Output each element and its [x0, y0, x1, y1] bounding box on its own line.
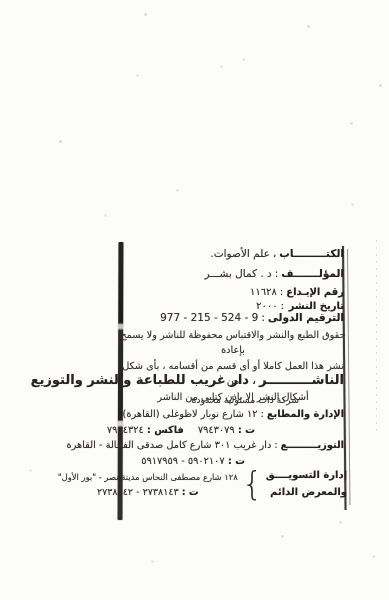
fax-label: فاكس :	[147, 425, 184, 436]
author-value: د . كمال بشـــر	[204, 268, 271, 280]
publisher-row: الناشــــــــــر،دار غريب للطباعة والنشر…	[31, 372, 344, 389]
book-title-value: علم الأصوات.	[210, 248, 269, 260]
author-label: المؤلـــــــف	[281, 268, 344, 281]
isbn-row: الترقيم الدولى:9 - 524 - 215 - 977	[160, 312, 344, 325]
scan-dotted-artifact	[376, 240, 377, 436]
distribution-address-row: التوزيـــــــــع:دار غريب ٣٠١ شارع كامل …	[66, 439, 344, 452]
publisher-value: دار غريب للطباعة والنشر والتوزيع	[31, 373, 249, 388]
scan-noise-specks	[0, 0, 1, 1]
admin-label: الإدارة والمطابع	[267, 409, 344, 420]
admin-address-row: الإدارة والمطابع:١٢ شارع نوبار لاظوغلى (…	[123, 408, 344, 421]
deposit-value: ١١٦٢٨	[250, 287, 277, 298]
scanned-book-copyright-page: الكتـــــــــاب،علم الأصوات. المؤلــــــ…	[0, 0, 389, 600]
publisher-label: الناشــــــــــر	[259, 373, 344, 388]
marketing-department-block: إدارة التسويــــق والمعرض الدائم { ١٢٨ ش…	[58, 467, 347, 501]
page-edge-line-right-inner	[347, 249, 350, 505]
copyright-line-1: حقوق الطبع والنشر والاقتباس محفوظة للناش…	[119, 328, 347, 359]
marketing-label-line1: إدارة التسويــــق	[266, 467, 347, 484]
marketing-phone-numbers: ٢٧٣٨١٤٣ - ٢٧٣٨١٤٢	[97, 487, 179, 498]
marketing-phones-row: ت : ٢٧٣٨١٤٣ - ٢٧٣٨١٤٢	[58, 487, 238, 498]
admin-phone-fax-row: ت : ٧٩٤٣٠٧٩فاكس : ٧٩٥٤٣٢٤	[107, 424, 255, 437]
isbn-value: 9 - 524 - 215 - 977	[160, 312, 258, 324]
publish-date-value: ٢٠٠٠	[256, 301, 277, 312]
distribution-phone-numbers: ٥٩٠٢١٠٧ - ٥٩١٧٩٥٩	[141, 456, 224, 467]
isbn-label: الترقيم الدولى	[268, 312, 344, 325]
fax-number: ٧٩٥٤٣٢٤	[107, 425, 144, 436]
marketing-labels: إدارة التسويــــق والمعرض الدائم	[266, 467, 347, 501]
admin-value: ١٢ شارع نوبار لاظوغلى (القاهرة)	[123, 409, 258, 420]
tel-label: ت :	[238, 425, 255, 436]
marketing-contact: ١٢٨ شارع مصطفى النحاس مدينة نصر - "بور ا…	[58, 471, 238, 498]
curly-brace-glyph: {	[242, 467, 263, 501]
distribution-value: دار غريب ٣٠١ شارع كامل صدقى الفجالة - ال…	[66, 440, 271, 451]
tel-label: ت :	[182, 487, 199, 498]
distribution-label: التوزيـــــــــع	[281, 440, 344, 451]
deposit-label: رقم الإيـداع	[286, 286, 344, 299]
marketing-address: ١٢٨ شارع مصطفى النحاس مدينة نصر - "بور ا…	[58, 471, 238, 483]
company-type-row: شركة ذات مسئولية محدودة	[191, 394, 299, 407]
book-title-label: الكتـــــــــاب	[279, 248, 344, 261]
tel-number: ٧٩٤٣٠٧٩	[198, 425, 235, 436]
marketing-label-line2: والمعرض الدائم	[266, 484, 347, 501]
deposit-number-row: رقم الإيـداع:١١٦٢٨	[250, 286, 344, 299]
book-title-row: الكتـــــــــاب،علم الأصوات.	[210, 248, 344, 261]
author-row: المؤلـــــــف:د . كمال بشـــر	[204, 268, 344, 281]
